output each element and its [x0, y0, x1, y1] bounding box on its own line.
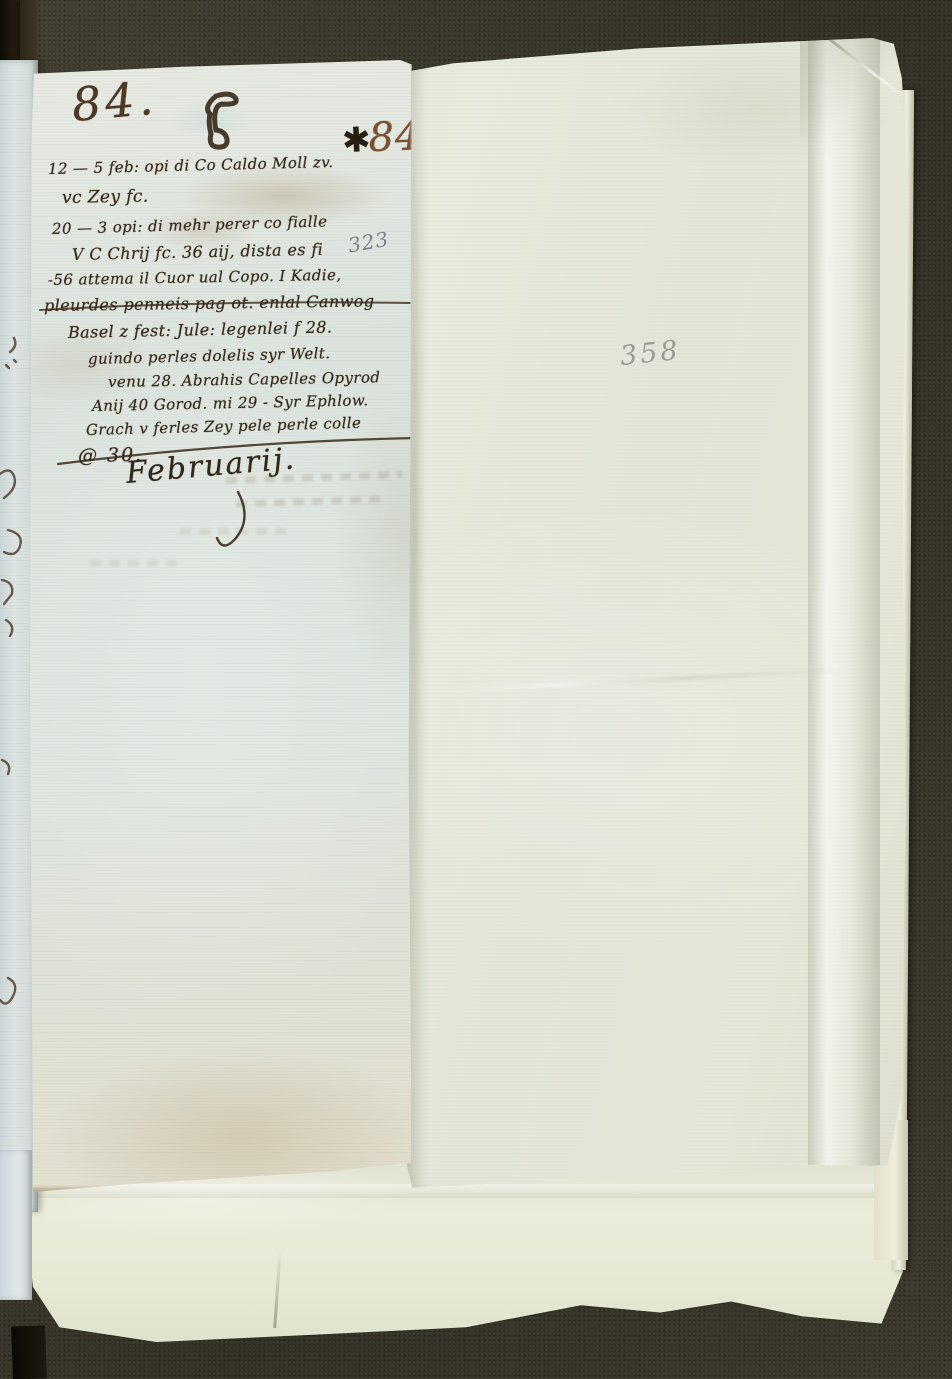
sheet-tear: [273, 1248, 282, 1328]
manuscript-line: Grach v ferles Zey pele perle colle: [86, 414, 362, 439]
bleedthrough-text: [236, 495, 386, 507]
pencil-archive-number: 323: [346, 227, 391, 258]
asterisk-mark: ✱: [341, 120, 369, 161]
manuscript-line: Anij 40 Gorod. mi 29 - Syr Ephlow.: [92, 391, 369, 415]
manuscript-line: V C Chrij fc. 36 aij, dista es fi: [72, 240, 324, 264]
manuscript-line: -56 attema il Cuor ual Copo. I Kadie,: [48, 266, 342, 289]
manuscript-line: Basel z fest: Jule: legenlei f 28.: [68, 317, 333, 342]
paper-crease: [432, 667, 852, 694]
bleedthrough-capital: [150, 90, 270, 150]
manuscript-scan: 358 84. ✱84 12 — 5 feb: opi di Co Caldo …: [0, 0, 952, 1379]
bleedthrough-text: [90, 560, 180, 567]
paper-crease-vertical: [412, 188, 418, 888]
manuscript-line: venu 28. Abrahis Capelles Opyrod: [108, 368, 381, 391]
sheet-fold-highlight: [24, 1184, 908, 1198]
manuscript-line: guindo perles dolelis syr Welt.: [88, 344, 331, 368]
pencil-foliation-number: 358: [619, 335, 682, 372]
previous-leaf-edge-lower: [0, 1150, 32, 1300]
manuscript-line: 12 — 5 feb: opi di Co Caldo Moll zv.: [48, 153, 334, 178]
underlying-sheet: [24, 1158, 908, 1342]
left-page: 84. ✱84 12 — 5 feb: opi di Co Caldo Moll…: [30, 60, 414, 1192]
bleedthrough-text: [180, 528, 290, 535]
binding-board-corner: [11, 1325, 47, 1379]
section-heading: Februarij.: [124, 441, 297, 491]
manuscript-line: pleurdes penneis pag ot. enlal Canwog: [44, 291, 375, 315]
right-page: 358: [402, 38, 908, 1190]
manuscript-line: 20 — 3 opi: di mehr perer co fialle: [52, 212, 328, 238]
manuscript-line: vc Zey fc.: [62, 186, 149, 208]
right-margin-fold: [808, 38, 880, 1190]
corner-fold-shadow: [800, 32, 920, 142]
page-number: 84.: [70, 71, 160, 132]
